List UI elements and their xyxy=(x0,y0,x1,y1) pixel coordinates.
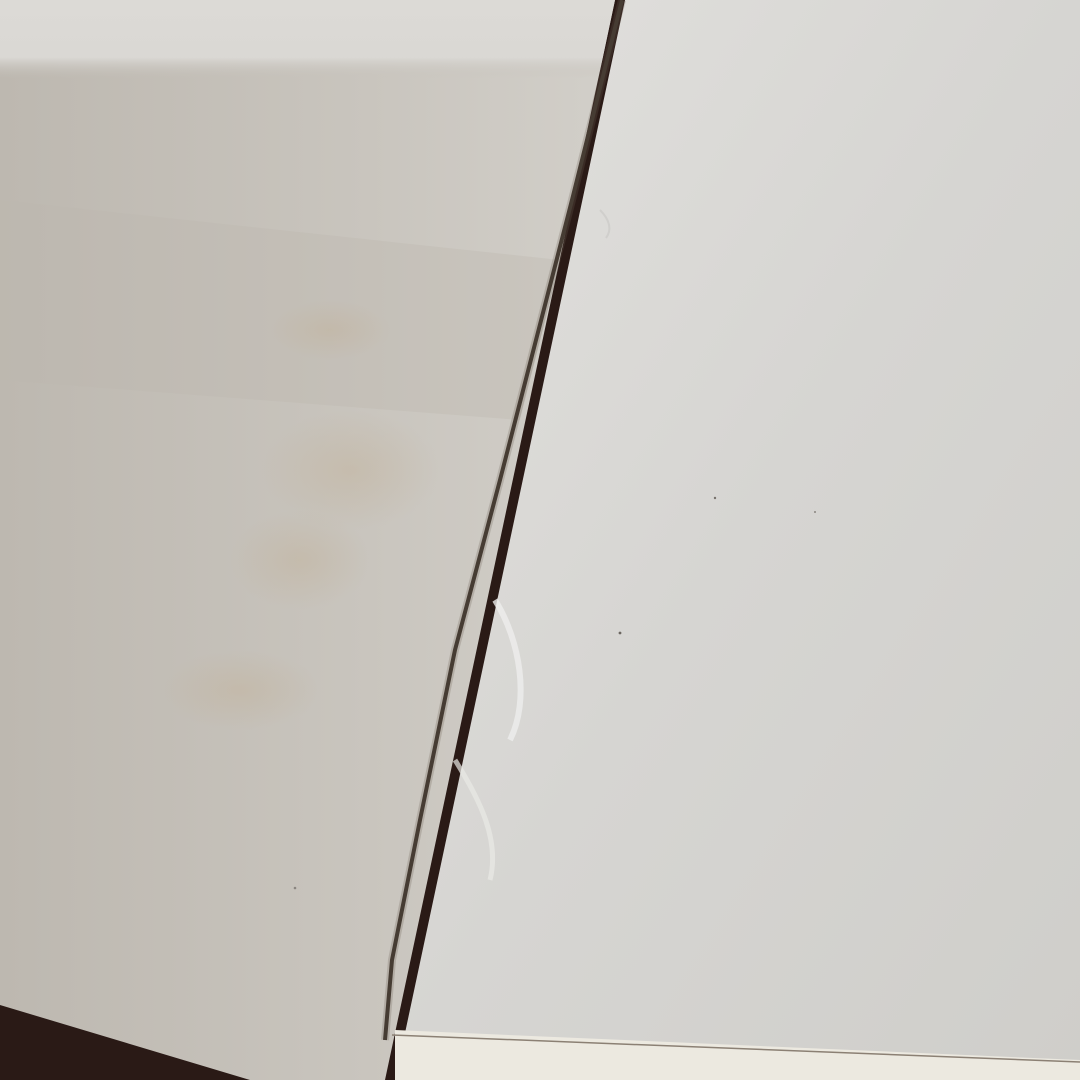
photo-scene: Close-up photo of two sheets of off-whit… xyxy=(0,0,1080,1080)
paper-photo xyxy=(0,0,1080,1080)
